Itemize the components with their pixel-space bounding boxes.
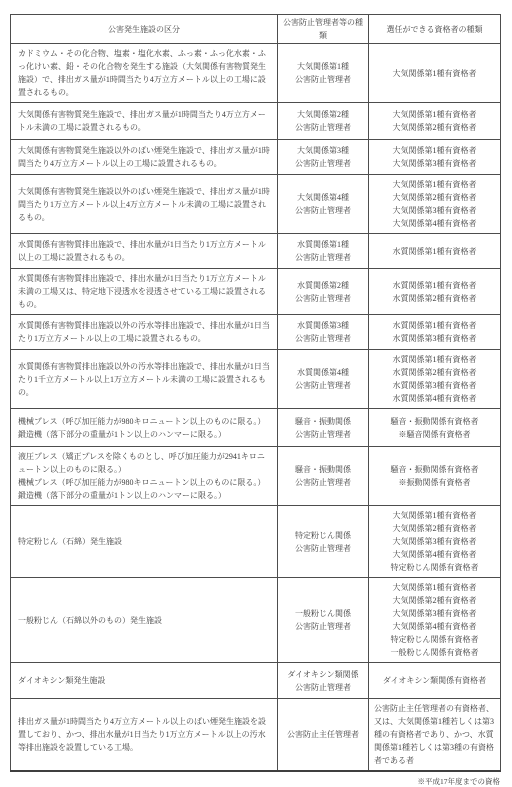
- qualified-cell: 大気関係第1種有資格者大気関係第3種有資格者: [369, 140, 501, 175]
- table-row: ダイオキシン類発生施設ダイオキシン類関係公害防止管理者ダイオキシン類関係有資格者: [11, 663, 501, 699]
- manager-cell: 水質関係第4種公害防止管理者: [278, 350, 369, 409]
- column-header-facility: 公害発生施設の区分: [11, 15, 278, 44]
- manager-text: ダイオキシン類関係: [283, 668, 363, 681]
- manager-cell: 公害防止主任管理者: [278, 699, 369, 772]
- facility-text: 特定粉じん（石綿）発生施設: [18, 535, 270, 548]
- qualified-cell: 水質関係第1種有資格者水質関係第2種有資格者水質関係第3種有資格者水質関係第4種…: [369, 350, 501, 409]
- facility-text: 水質関係有害物質排出施設以外の汚水等排出施設で、排出水量が1日当たり1千立方メー…: [18, 360, 270, 399]
- manager-cell: 大気関係第4種公害防止管理者: [278, 175, 369, 234]
- qualified-text: 大気関係第2種有資格者: [374, 594, 495, 607]
- facility-cell: 大気関係有害物質発生施設以外のばい煙発生施設で、排出ガス量が1時間当たり1万立方…: [11, 175, 278, 234]
- qualified-text: 水質関係第2種有資格者: [374, 366, 495, 379]
- qualified-cell: 公害防止主任管理者の有資格者、又は、大気関係第1種若しくは第3種の有資格者であり…: [369, 699, 501, 772]
- facility-text: 水質関係有害物質排出施設で、排出水量が1日当たり1万立方メートル以上の工場に設置…: [18, 238, 270, 264]
- qualified-text: ダイオキシン類関係有資格者: [374, 674, 495, 687]
- facility-text: 水質関係有害物質排出施設以外の汚水等排出施設で、排出水量が1日当たり1万立方メー…: [18, 319, 270, 345]
- qualified-cell: 水質関係第1種有資格者水質関係第2種有資格者: [369, 269, 501, 315]
- facility-text: 大気関係有害物質発生施設以外のばい煙発生施設で、排出ガス量が1時間当たり1万立方…: [18, 185, 270, 224]
- facility-text: 機械プレス（呼び加圧能力が980キロニュートン以上のものに限る。）: [18, 415, 270, 428]
- manager-text: 公害防止主任管理者: [283, 728, 363, 741]
- qualified-text: 水質関係第4種有資格者: [374, 392, 495, 405]
- qualified-text: 大気関係第2種有資格者: [374, 121, 495, 134]
- qualified-text: 騒音・振動関係有資格者: [374, 463, 495, 476]
- facility-text: カドミウム・その化合物、塩素・塩化水素、ふっ素・ふっ化水素・ふっ化けい素、鉛・そ…: [18, 47, 270, 99]
- manager-cell: 特定粉じん関係公害防止管理者: [278, 506, 369, 578]
- manager-cell: 水質関係第1種公害防止管理者: [278, 234, 369, 269]
- table-row: 水質関係有害物質排出施設で、排出水量が1日当たり1万立方メートル未満の工場又は、…: [11, 269, 501, 315]
- manager-text: 騒音・振動関係: [283, 415, 363, 428]
- qualified-text: 一般粉じん関係有資格者: [374, 646, 495, 659]
- manager-text: 水質関係第1種: [283, 238, 363, 251]
- facility-text: 水質関係有害物質排出施設で、排出水量が1日当たり1万立方メートル未満の工場又は、…: [18, 272, 270, 311]
- facility-cell: 液圧プレス（矯正プレスを除くものとし、呼び加圧能力が2941キロニュートン以上の…: [11, 447, 278, 506]
- qualified-text: 大気関係第2種有資格者: [374, 522, 495, 535]
- qualified-text: 大気関係第3種有資格者: [374, 157, 495, 170]
- qualified-text: 大気関係第2種有資格者: [374, 191, 495, 204]
- manager-text: 水質関係第3種: [283, 319, 363, 332]
- qualified-text: ※騒音関係有資格者: [374, 428, 495, 441]
- qualified-text: 騒音・振動関係有資格者: [374, 415, 495, 428]
- column-header-qualified: 選任ができる資格者の種類: [369, 15, 501, 44]
- facility-text: 鍛造機（落下部分の重量が1トン以上のハンマーに限る。）: [18, 428, 270, 441]
- qualified-text: 大気関係第4種有資格者: [374, 620, 495, 633]
- facility-text: 一般粉じん（石綿以外のもの）発生施設: [18, 614, 270, 627]
- table-row: カドミウム・その化合物、塩素・塩化水素、ふっ素・ふっ化水素・ふっ化けい素、鉛・そ…: [11, 44, 501, 103]
- manager-text: 公害防止管理者: [283, 204, 363, 217]
- manager-text: 特定粉じん関係: [283, 529, 363, 542]
- table-header-row: 公害発生施設の区分 公害防止管理者等の種類 選任ができる資格者の種類: [11, 15, 501, 44]
- qualified-cell: 大気関係第1種有資格者: [369, 44, 501, 103]
- table-row: 水質関係有害物質排出施設以外の汚水等排出施設で、排出水量が1日当たり1万立方メー…: [11, 315, 501, 350]
- manager-text: 公害防止管理者: [283, 73, 363, 86]
- facility-cell: カドミウム・その化合物、塩素・塩化水素、ふっ素・ふっ化水素・ふっ化けい素、鉛・そ…: [11, 44, 278, 103]
- manager-text: 水質関係第2種: [283, 279, 363, 292]
- manager-cell: 水質関係第3種公害防止管理者: [278, 315, 369, 350]
- qualified-text: 大気関係第1種有資格者: [374, 108, 495, 121]
- qualified-cell: 騒音・振動関係有資格者※振動関係有資格者: [369, 447, 501, 506]
- facility-cell: 機械プレス（呼び加圧能力が980キロニュートン以上のものに限る。）鍛造機（落下部…: [11, 409, 278, 447]
- qualified-text: 水質関係第1種有資格者: [374, 245, 495, 258]
- qualified-text: 大気関係第3種有資格者: [374, 535, 495, 548]
- facility-cell: 水質関係有害物質排出施設で、排出水量が1日当たり1万立方メートル以上の工場に設置…: [11, 234, 278, 269]
- qualified-text: 水質関係第2種有資格者: [374, 292, 495, 305]
- facility-text: 大気関係有害物質発生施設以外のばい煙発生施設で、排出ガス量が1時間当たり4万立方…: [18, 144, 270, 170]
- table-row: 一般粉じん（石綿以外のもの）発生施設一般粉じん関係公害防止管理者大気関係第1種有…: [11, 578, 501, 663]
- qualified-text: 公害防止主任管理者の有資格者、又は、大気関係第1種若しくは第3種の有資格者であり…: [374, 702, 495, 767]
- qualified-text: 大気関係第3種有資格者: [374, 204, 495, 217]
- qualified-text: ※振動関係有資格者: [374, 476, 495, 489]
- manager-text: 公害防止管理者: [283, 121, 363, 134]
- qualified-text: 大気関係第1種有資格者: [374, 581, 495, 594]
- manager-text: 公害防止管理者: [283, 251, 363, 264]
- qualified-text: 水質関係第1種有資格者: [374, 319, 495, 332]
- manager-cell: 一般粉じん関係公害防止管理者: [278, 578, 369, 663]
- column-header-manager: 公害防止管理者等の種類: [278, 15, 369, 44]
- facility-cell: 水質関係有害物質排出施設以外の汚水等排出施設で、排出水量が1日当たり1千立方メー…: [11, 350, 278, 409]
- facility-cell: 大気関係有害物質発生施設で、排出ガス量が1時間当たり4万立方メートル未満の工場に…: [11, 103, 278, 140]
- qualified-cell: 大気関係第1種有資格者大気関係第2種有資格者: [369, 103, 501, 140]
- qualified-text: 大気関係第4種有資格者: [374, 217, 495, 230]
- manager-text: 水質関係第4種: [283, 366, 363, 379]
- qualified-text: 大気関係第1種有資格者: [374, 509, 495, 522]
- facility-text: 鍛造機（落下部分の重量が1トン以上のハンマーに限る。）: [18, 489, 270, 502]
- facility-cell: 大気関係有害物質発生施設以外のばい煙発生施設で、排出ガス量が1時間当たり4万立方…: [11, 140, 278, 175]
- manager-cell: 大気関係第3種公害防止管理者: [278, 140, 369, 175]
- manager-cell: 大気関係第2種公害防止管理者: [278, 103, 369, 140]
- manager-cell: 水質関係第2種公害防止管理者: [278, 269, 369, 315]
- table-row: 特定粉じん（石綿）発生施設特定粉じん関係公害防止管理者大気関係第1種有資格者大気…: [11, 506, 501, 578]
- facility-text: 機械プレス（呼び加圧能力が980キロニュートン以上のものに限る。）: [18, 476, 270, 489]
- manager-text: 公害防止管理者: [283, 157, 363, 170]
- qualified-cell: 大気関係第1種有資格者大気関係第2種有資格者大気関係第3種有資格者大気関係第4種…: [369, 175, 501, 234]
- facility-cell: 水質関係有害物質排出施設で、排出水量が1日当たり1万立方メートル未満の工場又は、…: [11, 269, 278, 315]
- pollution-control-table: 公害発生施設の区分 公害防止管理者等の種類 選任ができる資格者の種類 カドミウム…: [10, 14, 501, 772]
- manager-text: 大気関係第4種: [283, 191, 363, 204]
- manager-text: 公害防止管理者: [283, 428, 363, 441]
- facility-text: 排出ガス量が1時間当たり4万立方メートル以上のばい煙発生施設を設置しており、かつ…: [18, 715, 270, 754]
- qualified-text: 大気関係第3種有資格者: [374, 607, 495, 620]
- qualified-text: 大気関係第4種有資格者: [374, 548, 495, 561]
- facility-cell: ダイオキシン類発生施設: [11, 663, 278, 699]
- qualified-cell: ダイオキシン類関係有資格者: [369, 663, 501, 699]
- qualified-text: 水質関係第3種有資格者: [374, 332, 495, 345]
- qualified-text: 大気関係第1種有資格者: [374, 67, 495, 80]
- footnote: ※平成17年度までの資格: [10, 772, 500, 787]
- qualified-text: 大気関係第1種有資格者: [374, 144, 495, 157]
- qualified-text: 水質関係第1種有資格者: [374, 279, 495, 292]
- qualified-cell: 大気関係第1種有資格者大気関係第2種有資格者大気関係第3種有資格者大気関係第4種…: [369, 578, 501, 663]
- qualified-text: 特定粉じん関係有資格者: [374, 561, 495, 574]
- table-row: 水質関係有害物質排出施設で、排出水量が1日当たり1万立方メートル以上の工場に設置…: [11, 234, 501, 269]
- facility-cell: 水質関係有害物質排出施設以外の汚水等排出施設で、排出水量が1日当たり1万立方メー…: [11, 315, 278, 350]
- qualified-cell: 水質関係第1種有資格者水質関係第3種有資格者: [369, 315, 501, 350]
- qualified-text: 大気関係第1種有資格者: [374, 178, 495, 191]
- manager-cell: 大気関係第1種公害防止管理者: [278, 44, 369, 103]
- manager-cell: 騒音・振動関係公害防止管理者: [278, 447, 369, 506]
- manager-text: 公害防止管理者: [283, 681, 363, 694]
- manager-text: 公害防止管理者: [283, 620, 363, 633]
- qualified-cell: 大気関係第1種有資格者大気関係第2種有資格者大気関係第3種有資格者大気関係第4種…: [369, 506, 501, 578]
- qualified-text: 水質関係第3種有資格者: [374, 379, 495, 392]
- manager-text: 公害防止管理者: [283, 379, 363, 392]
- table-row: 水質関係有害物質排出施設以外の汚水等排出施設で、排出水量が1日当たり1千立方メー…: [11, 350, 501, 409]
- manager-cell: 騒音・振動関係公害防止管理者: [278, 409, 369, 447]
- facility-cell: 一般粉じん（石綿以外のもの）発生施設: [11, 578, 278, 663]
- manager-text: 大気関係第1種: [283, 60, 363, 73]
- manager-cell: ダイオキシン類関係公害防止管理者: [278, 663, 369, 699]
- manager-text: 公害防止管理者: [283, 476, 363, 489]
- table-row: 大気関係有害物質発生施設で、排出ガス量が1時間当たり4万立方メートル未満の工場に…: [11, 103, 501, 140]
- manager-text: 公害防止管理者: [283, 542, 363, 555]
- table-row: 機械プレス（呼び加圧能力が980キロニュートン以上のものに限る。）鍛造機（落下部…: [11, 409, 501, 447]
- facility-cell: 特定粉じん（石綿）発生施設: [11, 506, 278, 578]
- qualified-text: 水質関係第1種有資格者: [374, 353, 495, 366]
- manager-text: 騒音・振動関係: [283, 463, 363, 476]
- manager-text: 公害防止管理者: [283, 292, 363, 305]
- manager-text: 公害防止管理者: [283, 332, 363, 345]
- manager-text: 大気関係第3種: [283, 144, 363, 157]
- table-row: 大気関係有害物質発生施設以外のばい煙発生施設で、排出ガス量が1時間当たり1万立方…: [11, 175, 501, 234]
- facility-text: 液圧プレス（矯正プレスを除くものとし、呼び加圧能力が2941キロニュートン以上の…: [18, 450, 270, 476]
- qualified-cell: 騒音・振動関係有資格者※騒音関係有資格者: [369, 409, 501, 447]
- facility-text: 大気関係有害物質発生施設で、排出ガス量が1時間当たり4万立方メートル未満の工場に…: [18, 108, 270, 134]
- qualified-text: 特定粉じん関係有資格者: [374, 633, 495, 646]
- qualified-cell: 水質関係第1種有資格者: [369, 234, 501, 269]
- facility-cell: 排出ガス量が1時間当たり4万立方メートル以上のばい煙発生施設を設置しており、かつ…: [11, 699, 278, 772]
- table-body: カドミウム・その化合物、塩素・塩化水素、ふっ素・ふっ化水素・ふっ化けい素、鉛・そ…: [11, 44, 501, 772]
- document-page: 公害発生施設の区分 公害防止管理者等の種類 選任ができる資格者の種類 カドミウム…: [0, 0, 512, 787]
- table-row: 大気関係有害物質発生施設以外のばい煙発生施設で、排出ガス量が1時間当たり4万立方…: [11, 140, 501, 175]
- manager-text: 大気関係第2種: [283, 108, 363, 121]
- manager-text: 一般粉じん関係: [283, 607, 363, 620]
- facility-text: ダイオキシン類発生施設: [18, 674, 270, 687]
- table-row: 液圧プレス（矯正プレスを除くものとし、呼び加圧能力が2941キロニュートン以上の…: [11, 447, 501, 506]
